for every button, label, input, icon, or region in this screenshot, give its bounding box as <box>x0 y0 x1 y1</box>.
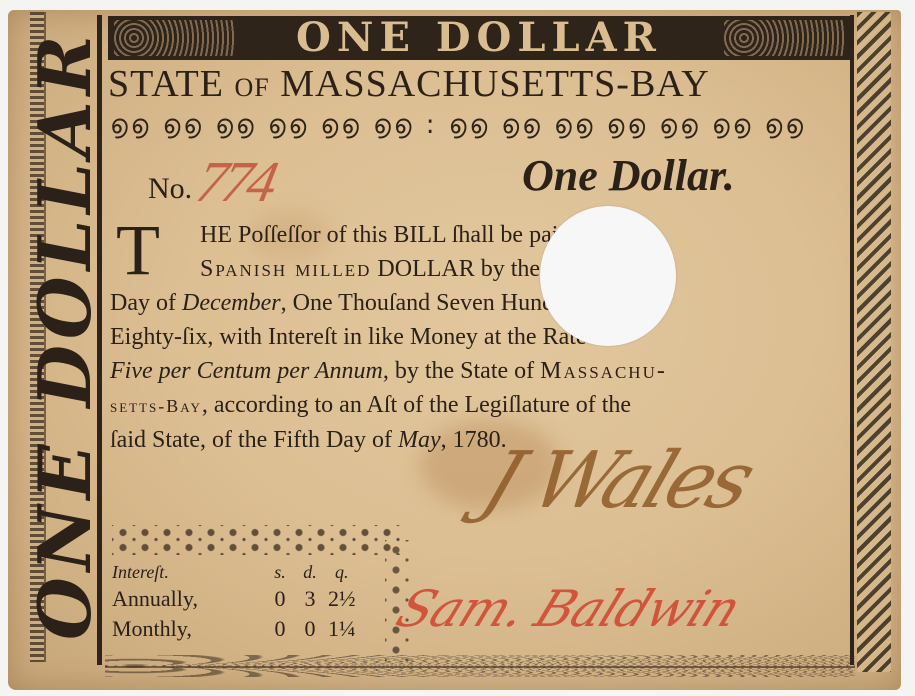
right-ornamental-border <box>857 12 891 672</box>
interest-label: Annually, <box>112 584 268 614</box>
body-italic: December <box>182 290 281 316</box>
state-title: STATE OF MASSACHUSETTS-BAY <box>108 62 850 106</box>
interest-q: 2½ <box>328 584 362 614</box>
interest-header: d. <box>298 560 328 584</box>
state-title-word: STATE <box>108 63 224 105</box>
body-italic: Five per Centum per Annum <box>110 358 383 384</box>
scroll-ornament-icon <box>114 20 234 56</box>
floral-border-top <box>112 525 404 555</box>
interest-header: s. <box>268 560 298 584</box>
bottom-border-rule <box>105 666 855 668</box>
interest-s: 0 <box>268 584 298 614</box>
state-title-name: MASSACHUSETTS-BAY <box>280 63 709 105</box>
body-text: ſaid State, of the Fifth Day of <box>110 427 398 453</box>
interest-row: Monthly, 0 0 1¼ <box>112 614 362 644</box>
signature-wales: J Wales <box>472 436 764 526</box>
body-text: , according to an Aſt of the Legiſlature… <box>202 392 631 418</box>
denomination: One Dollar. <box>522 150 735 201</box>
top-banner: ONE DOLLAR <box>108 16 850 60</box>
body-line: Day of December, One Thouſand Seven Hund… <box>110 286 855 320</box>
punch-hole <box>540 206 676 346</box>
frame-left-rule <box>97 15 102 665</box>
interest-header: Intereſt. <box>112 560 268 584</box>
signature-baldwin: Sam. Baldwin <box>388 580 748 638</box>
interest-s: 0 <box>268 614 298 644</box>
body-text: , by the State of <box>383 358 540 384</box>
interest-d: 0 <box>298 614 328 644</box>
interest-header: q. <box>328 560 362 584</box>
body-text: Day of <box>110 290 182 316</box>
scroll-ornament-icon <box>724 20 844 56</box>
state-title-of: OF <box>234 73 269 102</box>
body-italic: May <box>398 427 441 453</box>
interest-table: Intereſt. s. d. q. Annually, 0 3 2½ Mont… <box>112 560 362 644</box>
interest-label: Monthly, <box>112 614 268 644</box>
banner-title: ONE DOLLAR <box>296 16 662 60</box>
interest-row: Annually, 0 3 2½ <box>112 584 362 614</box>
interest-d: 3 <box>298 584 328 614</box>
scroll-ornament-row: ൭൭ ൭൭ ൭൭ ൭൭ ൭൭ ൭൭ : ൭൭ ൭൭ ൭൭ ൭൭ ൭൭ ൭൭ ൭൭ <box>110 110 850 141</box>
interest-header-row: Intereſt. s. d. q. <box>112 560 362 584</box>
serial-label: No. <box>148 172 192 206</box>
body-line: setts-Bay, according to an Aſt of the Le… <box>110 388 855 423</box>
side-denomination-text: ONE DOLLAR <box>22 0 107 640</box>
body-smallcaps: Massachu- <box>540 358 667 384</box>
promissory-text: HE Poſſeſſor of this BILL ſhall be paid … <box>110 218 855 457</box>
floral-border-side <box>385 540 409 665</box>
body-line: Spanish milled DOLLAR by the Thirty-firſ… <box>110 252 855 286</box>
body-line: Eighty-ſix, with Intereſt in like Money … <box>110 320 855 354</box>
serial-number: 774 <box>191 148 280 215</box>
body-line: HE Poſſeſſor of this BILL ſhall be paid … <box>110 218 855 252</box>
body-smallcaps: setts-Bay <box>110 396 202 416</box>
body-text: , 1780. <box>441 427 507 453</box>
interest-q: 1¼ <box>328 614 362 644</box>
body-smallcaps: Spanish milled <box>200 256 371 282</box>
body-line: Five per Centum per Annum, by the State … <box>110 354 855 388</box>
